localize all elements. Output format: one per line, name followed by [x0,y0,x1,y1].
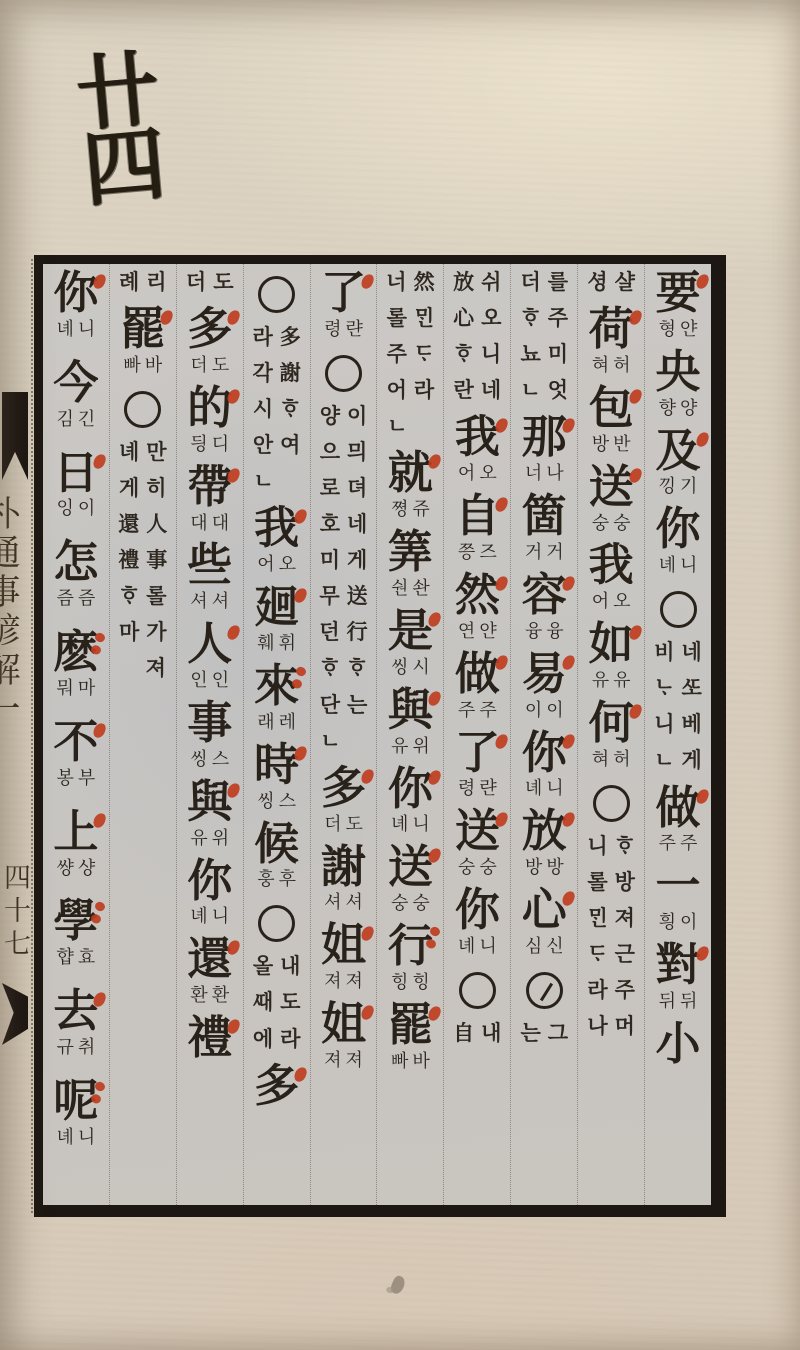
annotation-left: 롤 [587,871,607,894]
gloss-row: 유위 [391,737,430,756]
gloss-row: 어오 [458,464,497,483]
gloss-left: 어 [257,555,274,574]
hanja-char: 禮 [187,1016,232,1062]
hanja-item: 送숭숭 [455,809,500,877]
gloss-right: 즈 [479,543,496,562]
hanja-item: 易이이 [522,652,567,720]
gloss-left: 령 [324,320,341,339]
text-column: 너然롤ᄆᆡᆫ주ᄃᆞ어라ㄴ就쪙쥬筭숸솬是씽시與유위你녜니送숭숭行힝힝罷빠바 [376,264,443,1205]
gloss-row: 녜니 [56,320,95,339]
circle-slash [540,983,553,1002]
gloss-row: 씽스 [257,792,296,811]
annotation-left: 롤 [387,307,407,330]
hanja-item: 那너나 [522,415,567,483]
gloss-left: 주 [659,834,676,853]
gloss-row: 져져 [324,972,363,991]
gloss-right: 얀 [680,320,697,339]
annotation-row: 뇨미 [520,343,568,366]
gloss-right: 나 [546,464,563,483]
annotation-row: 너然 [386,271,434,294]
gloss-row: 환환 [190,986,229,1005]
gloss-row: 딍디 [190,435,229,454]
annotation-row: 心오 [453,307,501,330]
annotation-left: 무 [319,585,339,608]
gloss-left: 인 [190,671,207,690]
gloss-row: 형얀 [659,320,698,339]
hanja-char: 送 [455,809,500,855]
annotation-right: 져 [615,907,635,930]
gloss-left: 어 [458,464,475,483]
text-column: 放쉬心오ᄒᆞ니란네我어오自쯩즈然연얀做주주了령랸送숭숭你녜니自내 [443,264,510,1205]
gloss-right: 대 [212,514,229,533]
hanja-item: 行힝힝 [388,924,433,992]
annotation-right: ᄃᆞ [414,343,434,366]
gloss-row: 혀허 [592,356,631,375]
gloss-right: 니 [680,556,697,575]
annotation-left: ᄃᆞ [587,943,607,966]
text-column: 셩샬荷혀허包방반送숭숭我어오如유유何혀허니ᄒᆞ롤방ᄆᆡᆫ져ᄃᆞ근라주나머 [577,264,644,1205]
annotation-left: 禮 [118,549,139,572]
gloss-row: 심신 [525,937,564,956]
gloss-right: 셔 [346,893,363,912]
annotation-right: 샬 [615,271,635,294]
hanja-item: 對뒤뒤 [656,943,701,1011]
annotation-right: 방 [615,871,635,894]
gloss-row: 숭숭 [592,514,631,533]
annotation-row: 니ᄒᆞ [587,835,635,858]
hanja-char: 罷 [120,307,165,353]
annotation-right: 謝 [280,362,301,385]
annotation-left: 라 [587,979,607,1002]
annotation-row: 禮事 [118,549,167,572]
annotation-left: ᄒᆞ [320,657,340,680]
hanja-item: 謝셔셔 [321,845,366,913]
annotation-left: 마 [119,621,139,644]
gloss-right: 기 [680,477,697,496]
annotation-row: 시ᄒᆞ [253,398,301,421]
hanja-char: 做 [455,652,500,698]
annotation-right: 주 [615,979,635,1002]
annotation-left: 自 [453,1022,474,1045]
hanja-item: 筭숸솬 [388,530,433,598]
hanja-item: 來래레 [254,664,299,732]
gloss-left: 규 [56,1038,73,1057]
hanja-item: 我어오 [254,506,299,574]
annotation-right: 도 [213,271,233,294]
gloss-right: 랸 [346,320,363,339]
gloss-left: 녜 [391,815,408,834]
gloss-left: 형 [659,320,676,339]
hanja-item: 還환환 [187,937,232,1005]
gloss-left: 숸 [391,579,408,598]
hanja-item: 你녜니 [656,507,701,575]
gloss-row: 쯩즈 [458,543,497,562]
hanja-item: 與유위 [187,780,232,848]
annotation-left: 각 [252,362,272,385]
annotation-row: ㄴ [387,415,433,438]
gloss-right: 반 [613,435,630,454]
gloss-row: 방방 [525,858,564,877]
gloss-right: 니 [78,320,95,339]
hanja-item: 廻훼휘 [254,585,299,653]
annotation-row: ᄒᆞ니 [454,343,502,366]
gloss-right: 셔 [212,592,229,611]
hanja-item: 容융융 [522,573,567,641]
gloss-row: 숭숭 [458,858,497,877]
annotation-left: 더 [186,271,206,294]
handwritten-folio-number: 卄四 [18,45,164,246]
hanja-char: 來 [254,664,299,710]
hanja-item: 的딍디 [187,386,232,454]
annotation-left: 니 [587,835,607,858]
hanja-item: 然연얀 [455,573,500,641]
annotation-right: 엇 [548,379,568,402]
gloss-left: 썅 [56,859,73,878]
hanja-char: 及 [656,429,701,475]
gloss-right: 오 [613,592,630,611]
gloss-right: 져 [346,1051,363,1070]
annotation-right: 주 [548,307,568,330]
hanja-char: 放 [522,809,567,855]
annotation-right: ᄆᆡᆫ [414,307,434,330]
hanja-char: 還 [187,937,232,983]
annotation-right: 니 [481,343,501,366]
annotation-right: ᄒᆞ [615,835,635,858]
gloss-right: 바 [145,356,162,375]
hanja-char: 你 [656,507,701,553]
annotation-row: ᄂᆞᄯᅩ [654,677,702,700]
gloss-row: 령랸 [324,320,363,339]
gloss-right: 숭 [412,894,429,913]
gloss-left: 연 [458,622,475,641]
annotation-left: 주 [387,343,407,366]
gloss-left: 녜 [190,907,207,926]
gloss-row: 녜니 [525,779,564,798]
hanja-char: 央 [656,350,701,396]
hanja-item: 帶대대 [187,465,232,533]
hanja-item: 上썅샹 [53,810,98,878]
hanja-char: 事 [187,701,232,747]
gloss-left: 훙 [257,870,274,889]
gloss-left: 녜 [525,779,542,798]
annotation-right: 를 [548,271,568,294]
gloss-left: 주 [458,701,475,720]
hanja-char: 那 [522,415,567,461]
gloss-row: 녜니 [190,907,229,926]
annotation-left: 녜 [119,441,139,464]
hanja-item: 禮 [187,1016,232,1062]
annotation-row: 라주 [587,979,635,1002]
annotation-right: 가 [146,621,166,644]
hanja-char: 人 [187,622,232,668]
annotation-row: ㄴ게 [654,749,702,772]
gloss-row: 숭숭 [391,894,430,913]
annotation-left: 더 [520,271,540,294]
annotation-right: ᄒᆞ [280,398,300,421]
gloss-left: 혀 [592,356,609,375]
gloss-right: 도 [212,356,229,375]
annotation-left: 에 [253,1028,273,1051]
hanja-item: 送숭숭 [589,465,634,533]
section-divider-circle [593,785,630,822]
annotation-row: 自내 [453,1022,501,1045]
hanja-char: 我 [254,506,299,552]
gloss-left: 봉 [56,769,73,788]
hanja-char: 如 [589,622,634,668]
annotation-left: 양 [320,405,340,428]
gloss-left: 져 [324,1051,341,1070]
annotation-right: 오 [481,307,501,330]
gloss-right: 샹 [78,859,95,878]
gloss-right: 마 [78,679,95,698]
hanja-char: 與 [388,688,433,734]
hanja-char: 帶 [187,465,232,511]
gloss-row: 대대 [190,514,229,533]
hanja-item: 怎즘즘 [53,540,98,608]
gloss-right: 후 [279,870,296,889]
hanja-item: 多더도 [321,766,366,834]
hanja-char: 呢 [53,1079,98,1125]
gloss-left: 너 [525,464,542,483]
gloss-right: 부 [78,769,95,788]
gloss-row: 빠바 [391,1052,430,1071]
gloss-right: 주 [680,834,697,853]
hanja-item: 做주주 [656,786,701,854]
hanja-item: 罷빠바 [388,1003,433,1071]
annotation-row: 올내 [253,955,301,978]
gloss-row: 셔셔 [190,592,229,611]
section-divider-circle [258,905,295,942]
gloss-right: 효 [78,948,95,967]
gloss-left: 녜 [659,556,676,575]
gloss-left: 환 [190,986,207,1005]
hanja-item: 箇거거 [522,494,567,562]
gloss-left: 향 [659,399,676,418]
annotation-right: 事 [146,549,167,572]
annotation-row: 로뎌 [320,477,368,500]
annotation-row: ᄯᅢ도 [253,991,301,1014]
hanja-char: 多 [254,1064,299,1110]
text-column: 더도多더도的딍디帶대대些셔셔人인인事씽스與유위你녜니還환환禮 [176,264,243,1205]
annotation-left: ㄴ [520,379,540,402]
hanja-char: 我 [455,415,500,461]
gloss-row: 낑기 [659,477,698,496]
hanja-item: 事씽스 [187,701,232,769]
gloss-right: 취 [78,1038,95,1057]
gloss-row: 잉이 [56,499,95,518]
gloss-left: 숭 [391,894,408,913]
gloss-row: 유위 [190,829,229,848]
annotation-right: 쉬 [481,271,501,294]
annotation-row: 미게 [320,549,368,572]
annotation-right: 는 [347,694,367,717]
annotation-left: 시 [253,398,273,421]
gloss-left: 쪙 [391,500,408,519]
gloss-left: 어 [592,592,609,611]
annotation-right: 내 [481,1022,501,1045]
hanja-item: 及낑기 [656,429,701,497]
gloss-right: 숭 [613,514,630,533]
hanja-item: 多 [254,1064,299,1110]
gloss-left: 뒤 [659,992,676,1011]
gloss-left: 유 [592,671,609,690]
hanja-char: 今 [53,361,98,407]
hanja-item: 你녜니 [388,767,433,835]
section-divider-circle [660,591,697,628]
annotation-row: 각謝 [252,362,300,385]
gloss-right: 허 [613,356,630,375]
annotation-left: ㄴ [320,730,340,753]
annotation-right: 人 [146,513,167,536]
hanja-char: 多 [321,766,366,812]
hanja-char: 容 [522,573,567,619]
gloss-row: 훙후 [257,870,296,889]
annotation-left: 還 [118,513,139,536]
annotation-row: ᄒᆞ롤 [119,585,167,608]
text-column: 더를ᄒᆞ주뇨미ㄴ엇那너나箇거거容융융易이이你녜니放방방心심신는그 [510,264,577,1205]
annotation-row: ᄒᆞᄒᆞ [320,657,368,680]
section-divider-circle [459,972,496,1009]
annotation-row: ㄴ [320,730,366,753]
gloss-right: 휘 [279,634,296,653]
gloss-right: 니 [78,1128,95,1147]
gloss-right: 거 [546,543,563,562]
annotation-left: 란 [454,379,474,402]
annotation-row: 무送 [319,585,367,608]
gloss-right: 도 [346,815,363,834]
hanja-item: 送숭숭 [388,845,433,913]
hanja-char: 荷 [589,307,634,353]
hanja-char: 行 [388,924,433,970]
gloss-left: 거 [525,543,542,562]
annotation-right: 머 [615,1015,635,1038]
gloss-row: 인인 [190,671,229,690]
gloss-left: 씽 [190,750,207,769]
hanja-item: 包방반 [589,386,634,454]
gloss-row: 방반 [592,435,631,454]
hanja-char: 多 [187,307,232,353]
annotation-row: 져 [120,657,166,680]
margin-page-number: 四十七 [1,863,28,962]
hanja-char: 日 [53,451,98,497]
text-block-frame: 要형얀央향양及낑기你녜니비네ᄂᆞᄯᅩ니베ㄴ게做주주一힁이對뒤뒤小셩샬荷혀허包방반… [34,255,726,1217]
hanja-item: 你녜니 [53,271,98,339]
hanja-item: 心심신 [522,888,567,956]
hanja-item: 罷빠바 [120,307,165,375]
annotation-left: 어 [387,379,407,402]
hanja-char: 一 [656,864,701,910]
annotation-right: 만 [146,441,166,464]
gloss-right: 양 [680,399,697,418]
hanja-char: 麽 [53,630,98,676]
gloss-right: 바 [412,1052,429,1071]
annotation-left: 비 [654,641,674,664]
gloss-right: 환 [212,986,229,1005]
annotation-row: 란네 [454,379,502,402]
gloss-left: 방 [592,435,609,454]
hanja-item: 呢녜니 [53,1079,98,1147]
margin-divider [31,259,33,1213]
annotation-row: 주ᄃᆞ [387,343,435,366]
hanja-char: 要 [656,271,701,317]
annotation-right: 롤 [146,585,166,608]
hanja-item: 姐져져 [321,923,366,991]
hanja-item: 多더도 [187,307,232,375]
gloss-row: 거거 [525,543,564,562]
fishtail-ornament-icon [2,983,28,1045]
text-column: 례리罷빠바녜만게히還人禮事ᄒᆞ롤마가져 [109,264,176,1205]
gloss-row: 셔셔 [324,893,363,912]
gloss-left: 유 [190,829,207,848]
annotation-row: ᄒᆞ주 [520,307,568,330]
annotation-row: 례리 [119,271,167,294]
gloss-row: 혀허 [592,750,631,769]
hanja-item: 日잉이 [53,451,98,519]
gloss-right: 니 [479,937,496,956]
gloss-row: 녜니 [458,937,497,956]
annotation-row: 녜만 [119,441,167,464]
hanja-item: 荷혀허 [589,307,634,375]
hanja-item: 你녜니 [187,859,232,927]
annotation-right: 믜 [347,441,367,464]
gloss-row: 이이 [525,701,564,720]
hanja-item: 就쪙쥬 [388,451,433,519]
annotation-right: 送 [347,585,368,608]
annotation-row: 으믜 [320,441,368,464]
gloss-left: 딍 [190,435,207,454]
annotation-left: 올 [253,955,273,978]
hanja-item: 小 [656,1022,701,1068]
hanja-char: 筭 [388,530,433,576]
hanja-char: 時 [254,743,299,789]
annotation-left: 는 [520,1022,540,1045]
gloss-right: 방 [546,858,563,877]
annotation-right: 네 [682,641,702,664]
gloss-right: 스 [212,750,229,769]
gloss-right: 위 [212,829,229,848]
hanja-item: 候훙후 [254,822,299,890]
gloss-right: 쥬 [412,500,429,519]
section-divider-circle [325,355,362,392]
gloss-right: 신 [546,937,563,956]
annotation-right: 라 [414,379,434,402]
annotation-right: 히 [146,477,166,500]
annotation-right: 베 [682,713,702,736]
annotation-row: 롤ᄆᆡᆫ [387,307,435,330]
annotation-right: 그 [548,1022,568,1045]
fold-margin: 朴通事諺解一 四十七 [0,255,34,1217]
annotation-left: ᄂᆞ [654,677,674,700]
annotation-left: ㄴ [253,470,273,493]
hanja-char: 謝 [321,845,366,891]
annotation-row: 양이 [320,405,368,428]
gloss-right: 얀 [479,622,496,641]
annotation-left: ᄒᆞ [119,585,139,608]
gloss-left: 융 [525,622,542,641]
annotation-right: ᄯᅩ [682,677,702,700]
gloss-row: 훼휘 [257,634,296,653]
hanja-char: 的 [187,386,232,432]
text-column: 라多각謝시ᄒᆞ안여ㄴ我어오廻훼휘來래레時씽스候훙후올내ᄯᅢ도에라多 [243,264,310,1205]
annotation-left: 로 [320,477,340,500]
annotation-right: 然 [414,271,435,294]
hanja-char: 些 [187,543,232,589]
hanja-char: 對 [656,943,701,989]
annotation-left: 라 [252,326,272,349]
gloss-right: 이 [78,499,95,518]
annotation-right: 게 [347,549,367,572]
annotation-left: 나 [587,1015,607,1038]
